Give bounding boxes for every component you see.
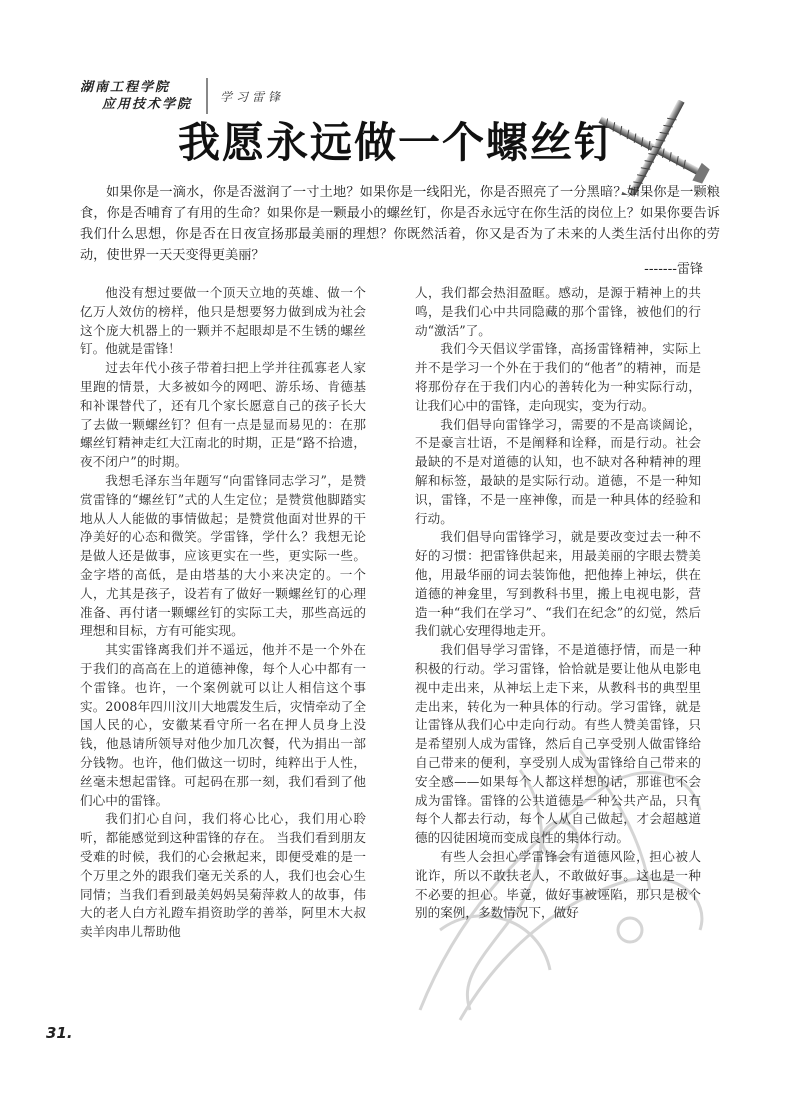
screws-icon [592,100,722,195]
section-tag: 学习雷锋 [220,88,284,105]
page-number: 31. [46,1024,73,1042]
paragraph: 我们扪心自问，我们将心比心，我们用心聆听，都能感觉到这种雷锋的存在。 当我们看到… [80,810,366,942]
right-column: 人，我们都会热泪盈眶。感动，是源于精神上的共鸣，是我们心中共同隐藏的那个雷锋，被… [415,284,701,923]
page-header: 湖南工程学院 应用技术学院 学习雷锋 [80,76,284,116]
paragraph: 我们倡导向雷锋学习，就是要改变过去一种不好的习惯：把雷锋供起来，用最美丽的字眼去… [415,528,701,641]
header-divider [206,78,208,114]
quote-signature: -------雷锋 [644,258,703,277]
paragraph: 其实雷锋离我们并不遥远，他并不是一个外在于我们的高高在上的道德神像，每个人心中都… [80,641,366,810]
paragraph: 我们倡导学习雷锋，不是道德抒情，而是一种积极的行动。学习雷锋，恰恰就是要让他从电… [415,641,701,848]
paragraph-continued: 人，我们都会热泪盈眶。感动，是源于精神上的共鸣，是我们心中共同隐藏的那个雷锋，被… [415,284,701,340]
paragraph: 有些人会担心学雷锋会有道德风险，担心被人讹诈，所以不敢扶老人，不敢做好事。这也是… [415,848,701,923]
paragraph: 我们今天倡议学雷锋，高扬雷锋精神，实际上并不是学习一个外在于我们的“他者”的精神… [415,340,701,415]
article-title: 我愿永远做一个螺丝钉 [178,118,618,168]
paragraph: 他没有想过要做一个顶天立地的英雄、做一个亿万人效仿的榜样，他只是想要努力做到成为… [80,284,366,359]
left-column: 他没有想过要做一个顶天立地的英雄、做一个亿万人效仿的榜样，他只是想要努力做到成为… [80,284,366,942]
paragraph: 我们倡导向雷锋学习，需要的不是高谈阔论，不是豪言壮语，不是阐释和诠释，而是行动。… [415,416,701,529]
paragraph: 我想毛泽东当年题写“向雷锋同志学习”，是赞赏雷锋的“螺丝钉”式的人生定位；是赞赏… [80,472,366,641]
intro-quote: 如果你是一滴水，你是否滋润了一寸土地？如果你是一线阳光，你是否照亮了一分黑暗？如… [80,182,720,266]
school-name-line2: 应用技术学院 [80,96,192,113]
school-name-line1: 湖南工程学院 [80,79,192,96]
school-name: 湖南工程学院 应用技术学院 [80,79,192,113]
paragraph: 过去年代小孩子带着扫把上学并往孤寡老人家里跑的情景，大多被如今的网吧、游乐场、肯… [80,359,366,472]
